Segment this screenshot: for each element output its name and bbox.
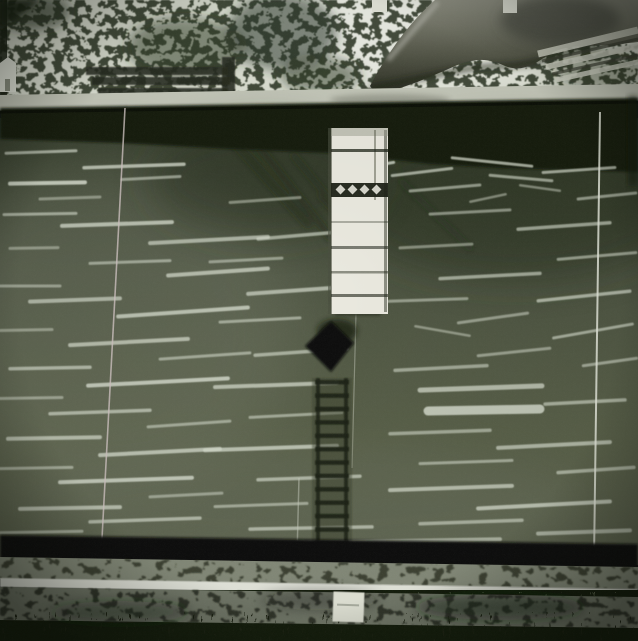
vignette [0, 0, 638, 641]
photograph [0, 0, 638, 641]
flume-photo-canvas [0, 0, 638, 641]
